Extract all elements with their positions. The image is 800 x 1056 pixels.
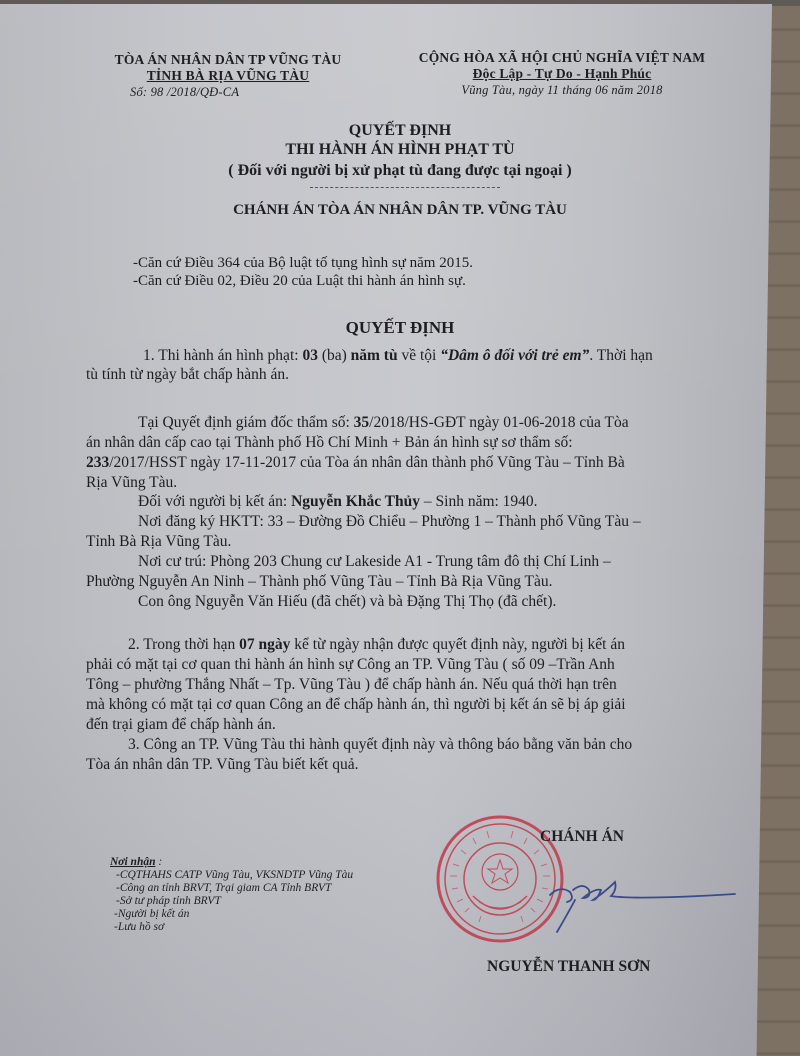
- verdict-number: 233: [86, 454, 109, 471]
- court-name: TÒA ÁN NHÂN DÂN TP VŨNG TÀU: [78, 52, 378, 68]
- signer-title: CHÁNH ÁN: [540, 828, 624, 846]
- province-name: TỈNH BÀ RỊA VŨNG TÀU: [78, 68, 378, 84]
- ruling-number: 35: [354, 414, 370, 431]
- ruling-line4: Rịa Vũng Tàu.: [86, 474, 177, 492]
- section1-line1: 1. Thi hành án hình phạt: 03 (ba) năm tù…: [143, 347, 653, 365]
- court-header: TÒA ÁN NHÂN DÂN TP VŨNG TÀU TỈNH BÀ RỊA …: [78, 52, 378, 100]
- national-motto: Độc Lập - Tự Do - Hạnh Phúc: [372, 66, 752, 82]
- ruling-line3: 233/2017/HSST ngày 17-11-2017 của Tòa án…: [86, 454, 625, 472]
- section3-line1: 3. Công an TP. Vũng Tàu thi hành quyết đ…: [128, 736, 632, 754]
- residence-line2: Phường Nguyễn An Ninh – Thành phố Vũng T…: [86, 573, 553, 591]
- deadline-days: 07 ngày: [239, 636, 290, 653]
- text: Tại Quyết định giám đốc thẩm số:: [138, 414, 354, 431]
- convict-name: Nguyễn Khắc Thủy: [291, 493, 420, 510]
- section2-line1: 2. Trong thời hạn 07 ngày kể từ ngày nhậ…: [128, 636, 625, 654]
- text: (ba): [318, 347, 351, 364]
- text: 1. Thi hành án hình phạt:: [143, 347, 302, 364]
- sentence-years: 03: [302, 347, 318, 364]
- signer-name: NGUYỄN THANH SƠN: [487, 958, 650, 976]
- title-divider: [310, 187, 500, 188]
- section2-line5: đến trại giam để chấp hành án.: [86, 716, 276, 734]
- recipient-item: -Sở tư pháp tỉnh BRVT: [110, 895, 353, 908]
- national-name: CỘNG HÒA XÃ HỘI CHỦ NGHĨA VIỆT NAM: [372, 50, 752, 66]
- section1-line2: tù tính từ ngày bắt chấp hành án.: [86, 366, 289, 384]
- section2-line2: phải có mặt tại cơ quan thi hành án hình…: [86, 656, 615, 674]
- decision-heading: QUYẾT ĐỊNH: [120, 318, 680, 338]
- document-subtitle: THI HÀNH ÁN HÌNH PHẠT TÙ: [120, 141, 680, 159]
- signature-icon: [545, 870, 745, 940]
- section2-line4: mà không có mặt tại cơ quan Công an để c…: [86, 696, 626, 714]
- recipient-item: -CQTHAHS CATP Vũng Tàu, VKSNDTP Vũng Tàu: [110, 869, 353, 882]
- hktt-line1: Nơi đăng ký HKTT: 33 – Đường Đồ Chiểu – …: [138, 513, 641, 531]
- ruling-line1: Tại Quyết định giám đốc thẩm số: 35/2018…: [138, 414, 629, 432]
- national-header: CỘNG HÒA XÃ HỘI CHỦ NGHĨA VIỆT NAM Độc L…: [372, 50, 752, 98]
- text: /2017/HSST ngày 17-11-2017 của Tòa án nh…: [109, 454, 624, 471]
- sentence-unit: năm tù: [351, 347, 398, 364]
- text: 2. Trong thời hạn: [128, 636, 239, 653]
- recipient-item: -Công an tỉnh BRVT, Trại giam CA Tỉnh BR…: [110, 882, 353, 895]
- text: – Sinh năm: 1940.: [420, 493, 538, 510]
- parents-line: Con ông Nguyễn Văn Hiếu (đã chết) và bà …: [138, 593, 556, 611]
- residence-line1: Nơi cư trú: Phòng 203 Chung cư Lakeside …: [138, 553, 611, 571]
- section2-line3: Tông – phường Thắng Nhất – Tp. Vũng Tàu …: [86, 676, 617, 694]
- text: về tội: [398, 347, 441, 364]
- text: kể từ ngày nhận được quyết định này, ngư…: [290, 636, 625, 653]
- section3-line2: Tòa án nhân dân TP. Vũng Tàu biết kết qu…: [86, 756, 359, 774]
- document-date: Vũng Tàu, ngày 11 tháng 06 năm 2018: [372, 82, 752, 98]
- document-number: Số: 98 /2018/QĐ-CA: [78, 84, 378, 100]
- text: /2018/HS-GĐT ngày 01-06-2018 của Tòa: [369, 414, 628, 431]
- issuer-title: CHÁNH ÁN TÒA ÁN NHÂN DÂN TP. VŨNG TÀU: [120, 202, 680, 219]
- recipients-list: Nơi nhận : -CQTHAHS CATP Vũng Tàu, VKSND…: [110, 856, 353, 934]
- recipients-label: Nơi nhận: [110, 856, 155, 868]
- legal-basis-2: -Căn cứ Điều 02, Điều 20 của Luật thi hà…: [133, 273, 466, 290]
- hktt-line2: Tỉnh Bà Rịa Vũng Tàu.: [86, 533, 231, 551]
- recipients-label-row: Nơi nhận :: [110, 856, 353, 869]
- ruling-line2: án nhân dân cấp cao tại Thành phố Hồ Chí…: [86, 434, 573, 452]
- legal-basis-1: -Căn cứ Điều 364 của Bộ luật tố tụng hìn…: [133, 255, 473, 272]
- document-title: QUYẾT ĐỊNH: [120, 122, 680, 140]
- text: :: [155, 856, 162, 868]
- recipient-item: -Lưu hồ sơ: [110, 921, 353, 934]
- text: Đối với người bị kết án:: [138, 493, 291, 510]
- convict-line: Đối với người bị kết án: Nguyễn Khắc Thủ…: [138, 493, 538, 511]
- recipient-item: -Người bị kết án: [110, 908, 353, 921]
- crime-name: “Dâm ô đối với trẻ em”: [440, 347, 589, 364]
- document-scope: ( Đối với người bị xử phạt tù đang được …: [120, 162, 680, 180]
- text: . Thời hạn: [589, 347, 652, 364]
